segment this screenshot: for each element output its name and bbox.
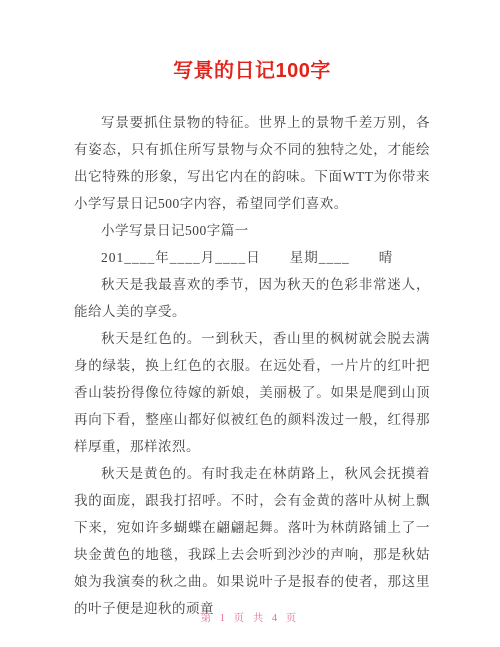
document-page: 写景的日记100字 写景要抓住景物的特征。世界上的景物千差万别，各有姿态，只有抓… <box>0 0 500 647</box>
page-number-label: 第 1 页 共 4 页 <box>201 613 300 624</box>
paragraph-autumn-red: 秋天是红色的。一到秋天，香山里的枫树就会脱去满身的绿装，换上红色的衣服。在远处看… <box>74 325 430 460</box>
paragraph-autumn-yellow: 秋天是黄色的。有时我走在林荫路上，秋风会抚摸着我的面庞，跟我打招呼。不时，会有金… <box>74 460 430 622</box>
page-footer: 第 1 页 共 4 页 <box>0 610 500 625</box>
document-title: 写景的日记100字 <box>74 54 430 83</box>
paragraph-autumn-favorite-season: 秋天是我最喜欢的季节，因为秋天的色彩非常迷人，能给人美的享受。 <box>74 271 430 325</box>
document-body: 写景要抓住景物的特征。世界上的景物千差万别，各有姿态，只有抓住所写景物与众不同的… <box>74 109 430 622</box>
paragraph-section-heading: 小学写景日记500字篇一 <box>74 217 430 244</box>
paragraph-intro: 写景要抓住景物的特征。世界上的景物千差万别，各有姿态，只有抓住所写景物与众不同的… <box>74 109 430 217</box>
paragraph-date-line: 201____年____月____日 星期____ 晴 <box>74 244 430 271</box>
